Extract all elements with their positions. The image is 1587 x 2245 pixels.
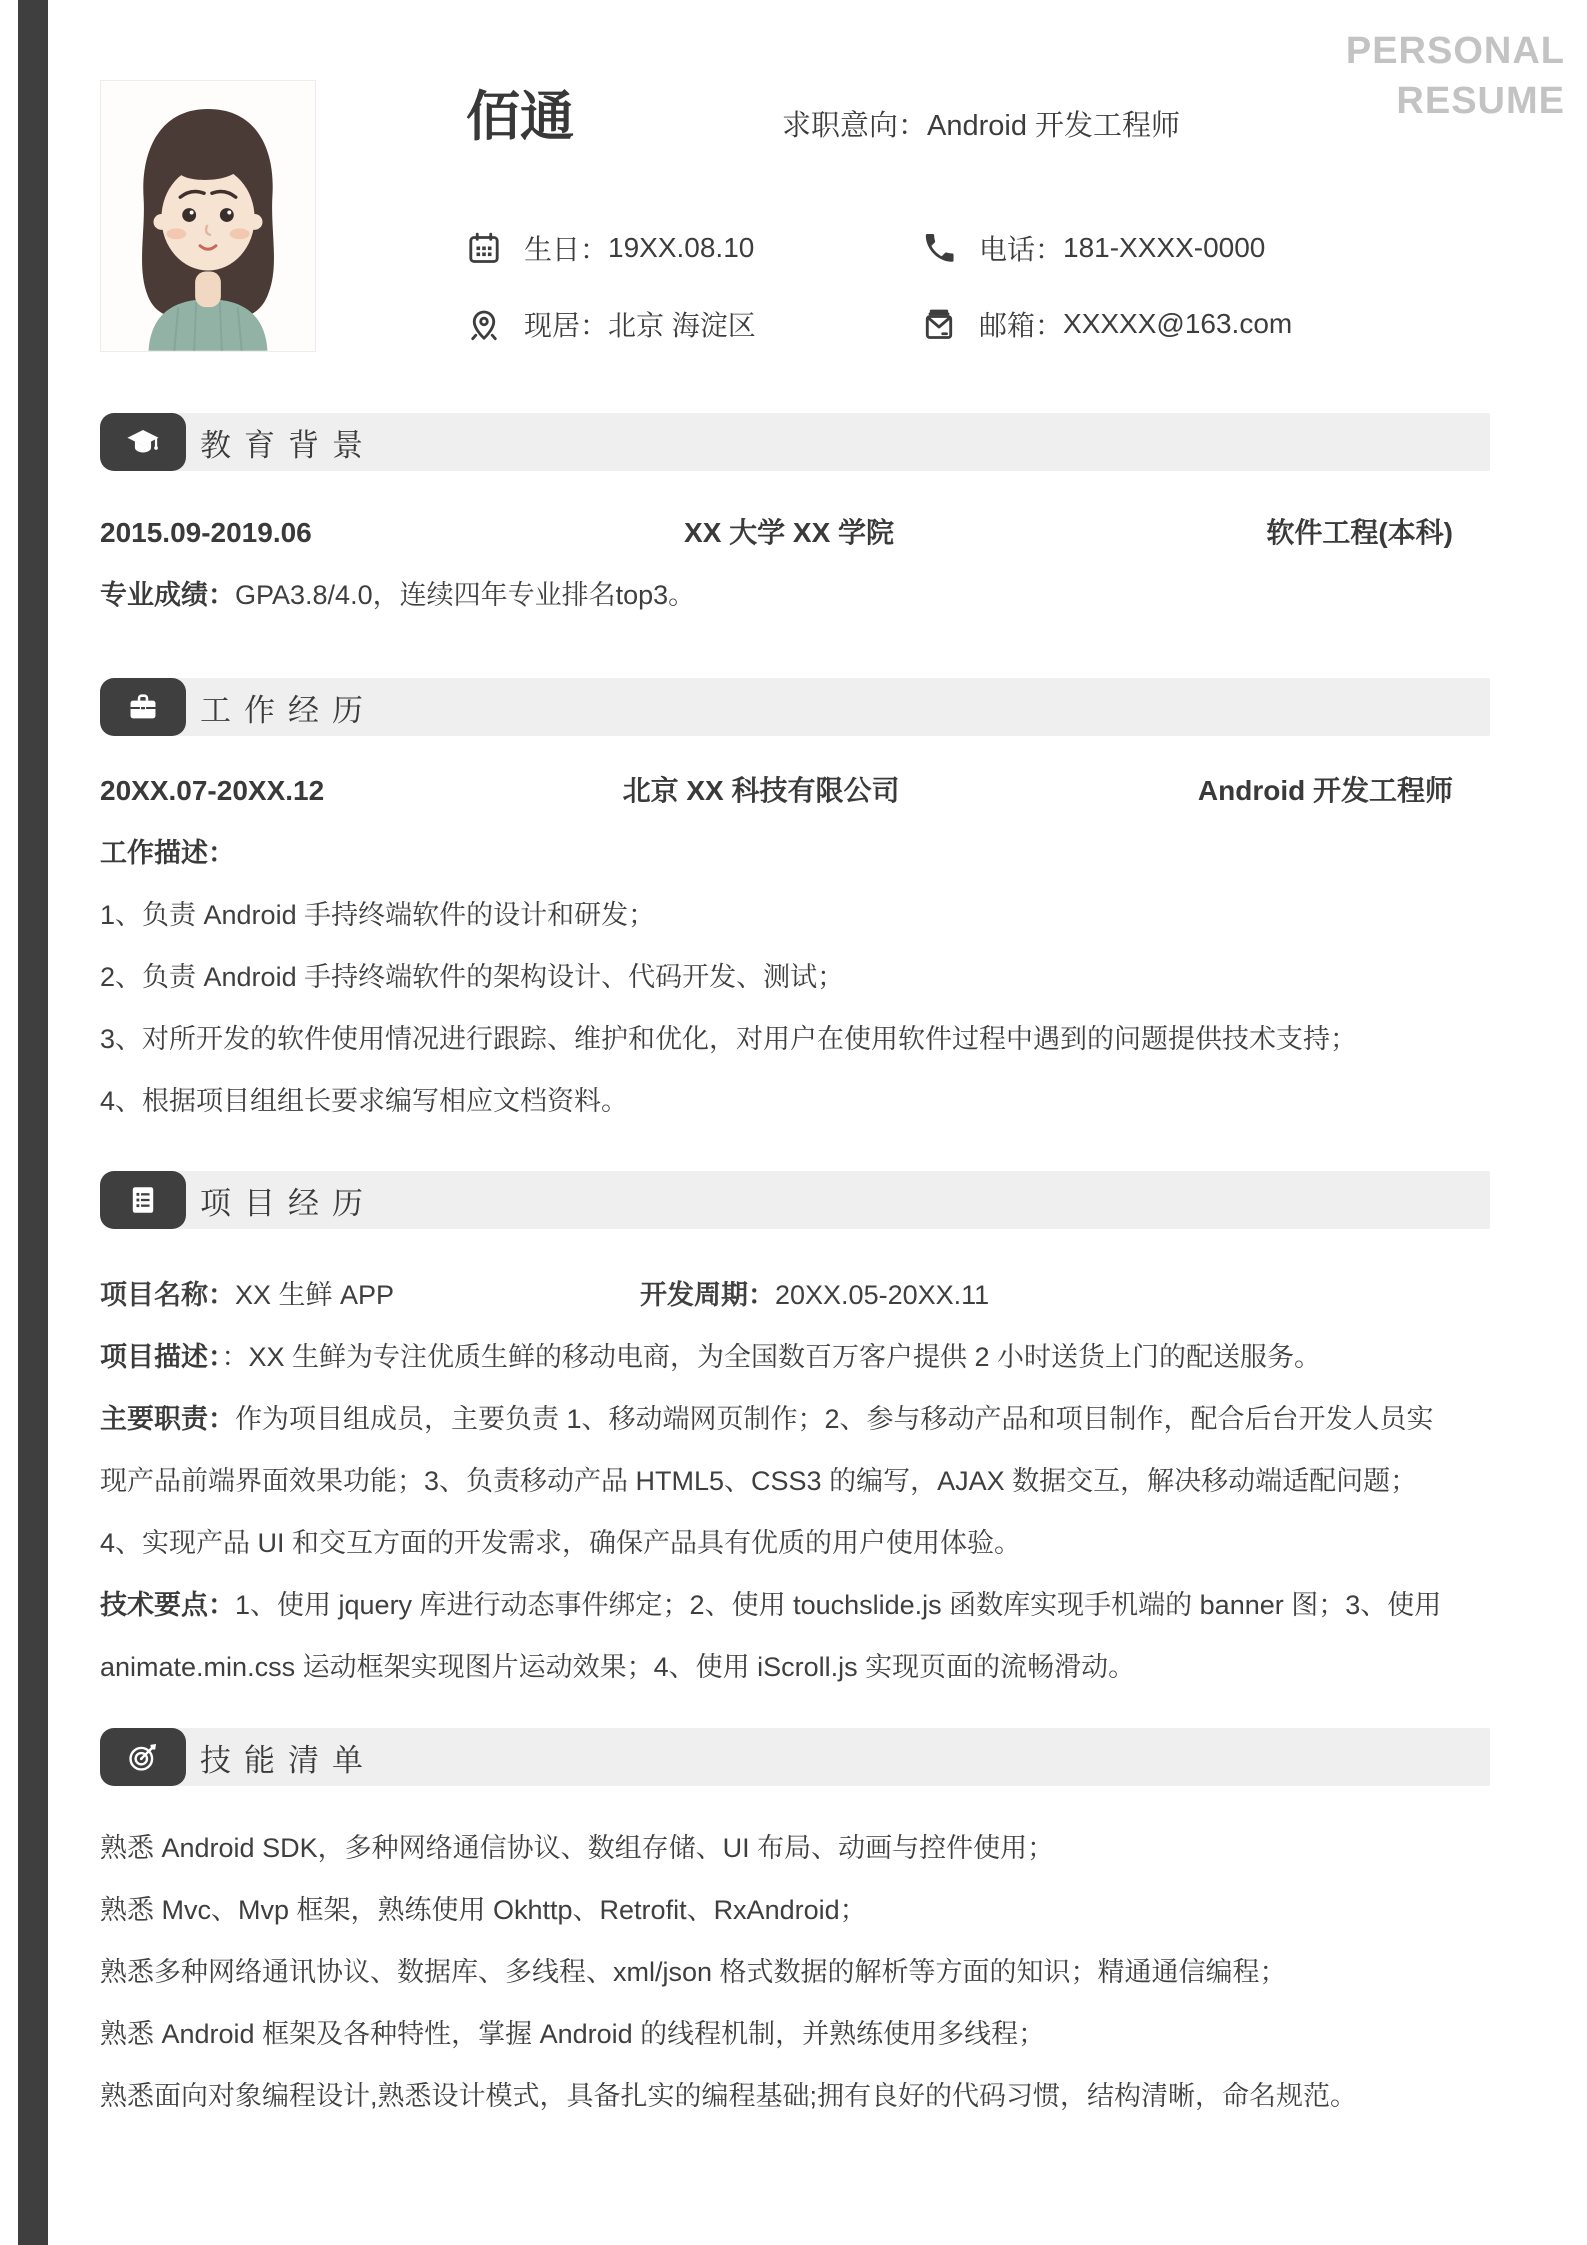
work-desc-label: 工作描述： xyxy=(100,838,235,868)
objective-value: Android 开发工程师 xyxy=(927,110,1180,142)
project-duties: 主要职责：作为项目组成员，主要负责 1、移动端网页制作；2、参与移动产品和项目制… xyxy=(100,1388,1448,1574)
briefcase-icon xyxy=(100,678,186,736)
education-gpa-line: 专业成绩：GPA3.8/4.0，连续四年专业排名top3。 xyxy=(100,564,1490,626)
gpa-label: 专业成绩： xyxy=(100,580,235,610)
list-icon xyxy=(100,1171,186,1229)
contact-value: 181-XXXX-0000 xyxy=(1063,232,1265,264)
skills-list: 熟悉 Android SDK，多种网络通信协议、数组存储、UI 布局、动画与控件… xyxy=(100,1817,1490,2127)
project-desc-text: ：XX 生鲜为专注优质生鲜的移动电商，为全国数百万客户提供 2 小时送货上门的配… xyxy=(222,1342,1322,1372)
work-entry-row: 20XX.07-20XX.12 北京 XX 科技有限公司 Android 开发工… xyxy=(100,760,1490,822)
name-row: 佰通 求职意向：Android 开发工程师 xyxy=(466,84,1490,150)
education-major: 软件工程(本科) xyxy=(1266,502,1490,564)
work-item: 1、负责 Android 手持终端软件的设计和研发； xyxy=(100,884,1490,946)
skill-item: 熟悉面向对象编程设计,熟悉设计模式，具备扎实的编程基础;拥有良好的代码习惯，结构… xyxy=(100,2065,1490,2127)
project-duty-text: 作为项目组成员，主要负责 1、移动端网页制作；2、参与移动产品和项目制作，配合后… xyxy=(100,1404,1434,1558)
graduation-cap-icon xyxy=(100,413,186,471)
work-company: 北京 XX 科技有限公司 xyxy=(623,760,900,822)
project-meta-row: 项目名称：XX 生鲜 APP 开发周期：20XX.05-20XX.11 xyxy=(100,1264,1490,1326)
section-bar: 工作经历 xyxy=(172,678,1490,736)
target-icon xyxy=(100,1728,186,1786)
work-desc-label-line: 工作描述： xyxy=(100,822,1490,884)
work-period: 20XX.07-20XX.12 xyxy=(100,760,324,822)
section-title-work: 工作经历 xyxy=(200,685,376,730)
calendar-icon xyxy=(466,230,502,266)
work-item: 3、对所开发的软件使用情况进行跟踪、维护和优化，对用户在使用软件过程中遇到的问题… xyxy=(100,1008,1490,1070)
email-icon xyxy=(921,306,957,342)
location-icon xyxy=(466,306,502,342)
contact-label: 现居： xyxy=(524,304,608,344)
left-accent-strip xyxy=(18,0,48,2245)
project-period-label: 开发周期： xyxy=(640,1280,775,1310)
objective-label: 求职意向： xyxy=(782,110,927,142)
project-tech-text: 1、使用 jquery 库进行动态事件绑定；2、使用 touchslide.js… xyxy=(100,1590,1441,1682)
section-header-project: 项目经历 xyxy=(100,1171,1490,1229)
project-duty-label: 主要职责： xyxy=(100,1404,235,1434)
work-job-title: Android 开发工程师 xyxy=(1198,760,1490,822)
contact-label: 邮箱： xyxy=(979,304,1063,344)
contact-item-location: 现居： 北京 海淀区 xyxy=(466,304,921,344)
header-block: 佰通 求职意向：Android 开发工程师 xyxy=(100,80,1490,352)
profile-photo xyxy=(100,80,316,352)
project-period-pair: 开发周期：20XX.05-20XX.11 xyxy=(640,1264,989,1326)
work-item: 2、负责 Android 手持终端软件的架构设计、代码开发、测试； xyxy=(100,946,1490,1008)
candidate-name: 佰通 xyxy=(466,84,574,150)
section-title-project: 项目经历 xyxy=(200,1178,376,1223)
skill-item: 熟悉 Android SDK，多种网络通信协议、数组存储、UI 布局、动画与控件… xyxy=(100,1817,1490,1879)
education-school: XX 大学 XX 学院 xyxy=(684,502,894,564)
section-bar: 技能清单 xyxy=(172,1728,1490,1786)
work-item: 4、根据项目组组长要求编写相应文档资料。 xyxy=(100,1070,1490,1132)
contact-item-email: 邮箱： XXXXX@163.com xyxy=(921,304,1490,344)
skill-item: 熟悉 Mvc、Mvp 框架，熟练使用 Okhttp、Retrofit、RxAnd… xyxy=(100,1879,1490,1941)
contact-label: 电话： xyxy=(979,228,1063,268)
section-header-education: 教育背景 xyxy=(100,413,1490,471)
contact-label: 生日： xyxy=(524,228,608,268)
avatar-illustration xyxy=(101,81,315,351)
project-tech-label: 技术要点： xyxy=(100,1590,235,1620)
project-period: 20XX.05-20XX.11 xyxy=(775,1280,989,1310)
phone-icon xyxy=(921,230,957,266)
skill-item: 熟悉多种网络通讯协议、数据库、多线程、xml/json 格式数据的解析等方面的知… xyxy=(100,1941,1490,2003)
project-name: XX 生鲜 APP xyxy=(235,1280,394,1310)
contact-item-birthday: 生日： 19XX.08.10 xyxy=(466,228,921,268)
section-header-work: 工作经历 xyxy=(100,678,1490,736)
education-entry-row: 2015.09-2019.06 XX 大学 XX 学院 软件工程(本科) xyxy=(100,502,1490,564)
section-title-education: 教育背景 xyxy=(200,420,376,465)
project-tech-points: 技术要点：1、使用 jquery 库进行动态事件绑定；2、使用 touchsli… xyxy=(100,1574,1448,1698)
skill-item: 熟悉 Android 框架及各种特性，掌握 Android 的线程机制，并熟练使… xyxy=(100,2003,1490,2065)
section-header-skills: 技能清单 xyxy=(100,1728,1490,1786)
gpa-text: GPA3.8/4.0，连续四年专业排名top3。 xyxy=(235,580,695,610)
contact-value: XXXXX@163.com xyxy=(1063,308,1292,340)
job-objective: 求职意向：Android 开发工程师 xyxy=(782,103,1180,144)
project-description: 项目描述：：XX 生鲜为专注优质生鲜的移动电商，为全国数百万客户提供 2 小时送… xyxy=(100,1326,1448,1388)
contact-value: 北京 海淀区 xyxy=(608,304,756,344)
section-bar: 教育背景 xyxy=(172,413,1490,471)
header-right: 佰通 求职意向：Android 开发工程师 xyxy=(466,80,1490,352)
contact-grid: 生日： 19XX.08.10 电话： 181-XXXX-0000 xyxy=(466,228,1490,344)
contact-value: 19XX.08.10 xyxy=(608,232,754,264)
contact-item-phone: 电话： 181-XXXX-0000 xyxy=(921,228,1490,268)
resume-content: 佰通 求职意向：Android 开发工程师 xyxy=(100,0,1490,2127)
section-bar: 项目经历 xyxy=(172,1171,1490,1229)
project-desc-label: 项目描述： xyxy=(100,1342,222,1372)
project-name-label: 项目名称： xyxy=(100,1280,235,1310)
project-name-pair: 项目名称：XX 生鲜 APP xyxy=(100,1264,640,1326)
education-period: 2015.09-2019.06 xyxy=(100,502,312,564)
section-title-skills: 技能清单 xyxy=(200,1735,376,1780)
